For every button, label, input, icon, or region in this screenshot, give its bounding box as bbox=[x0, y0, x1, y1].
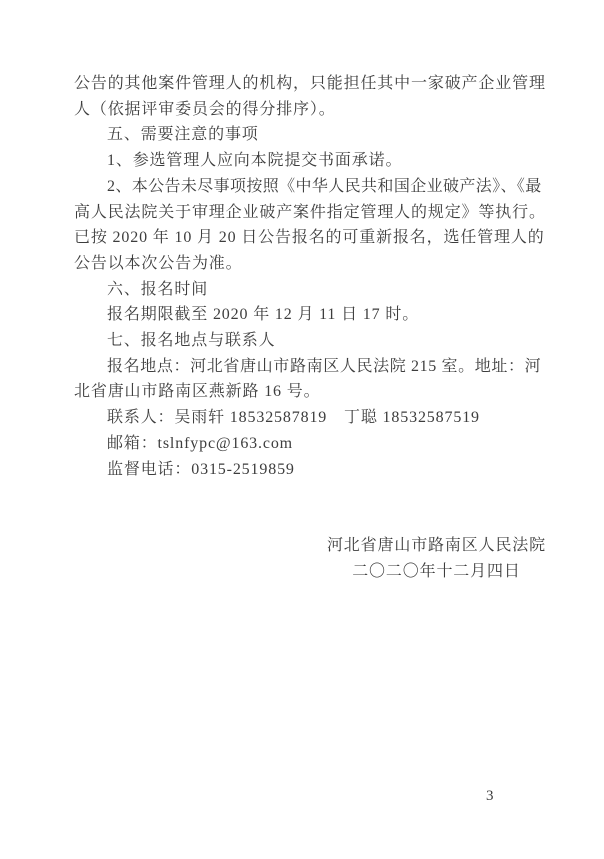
document-lines: 公告的其他案件管理人的机构，只能担任其中一家破产企业管理人（依据评审委员会的得分… bbox=[74, 71, 546, 482]
signature-organization: 河北省唐山市路南区人民法院 bbox=[327, 533, 546, 559]
text-line: 六、报名时间 bbox=[74, 277, 546, 303]
document-content: 公告的其他案件管理人的机构，只能担任其中一家破产企业管理人（依据评审委员会的得分… bbox=[74, 71, 546, 585]
text-line: 邮箱：tslnfypc@163.com bbox=[74, 431, 546, 457]
page-number: 3 bbox=[486, 788, 494, 805]
document-page: 公告的其他案件管理人的机构，只能担任其中一家破产企业管理人（依据评审委员会的得分… bbox=[0, 0, 604, 859]
signature-date: 二〇二〇年十二月四日 bbox=[327, 559, 546, 585]
text-line: 联系人：吴雨轩 18532587819 丁聪 18532587519 bbox=[74, 405, 546, 431]
text-line: 公告以本次公告为准。 bbox=[74, 251, 546, 277]
text-line: 1、参选管理人应向本院提交书面承诺。 bbox=[74, 148, 546, 174]
text-line: 北省唐山市路南区燕新路 16 号。 bbox=[74, 379, 546, 405]
text-line: 报名地点：河北省唐山市路南区人民法院 215 室。地址：河 bbox=[74, 354, 546, 380]
text-line: 监督电话：0315-2519859 bbox=[74, 457, 546, 483]
text-line: 报名期限截至 2020 年 12 月 11 日 17 时。 bbox=[74, 302, 546, 328]
text-line: 公告的其他案件管理人的机构，只能担任其中一家破产企业管理 bbox=[74, 71, 546, 97]
text-line: 已按 2020 年 10 月 20 日公告报名的可重新报名，选任管理人的 bbox=[74, 225, 546, 251]
text-line: 高人民法院关于审理企业破产案件指定管理人的规定》等执行。 bbox=[74, 200, 546, 226]
text-line: 七、报名地点与联系人 bbox=[74, 328, 546, 354]
text-line: 人（依据评审委员会的得分排序）。 bbox=[74, 97, 546, 123]
text-line: 2、本公告未尽事项按照《中华人民共和国企业破产法》、《最 bbox=[74, 174, 546, 200]
text-line: 五、需要注意的事项 bbox=[74, 122, 546, 148]
signature-block: 河北省唐山市路南区人民法院 二〇二〇年十二月四日 bbox=[327, 533, 546, 584]
